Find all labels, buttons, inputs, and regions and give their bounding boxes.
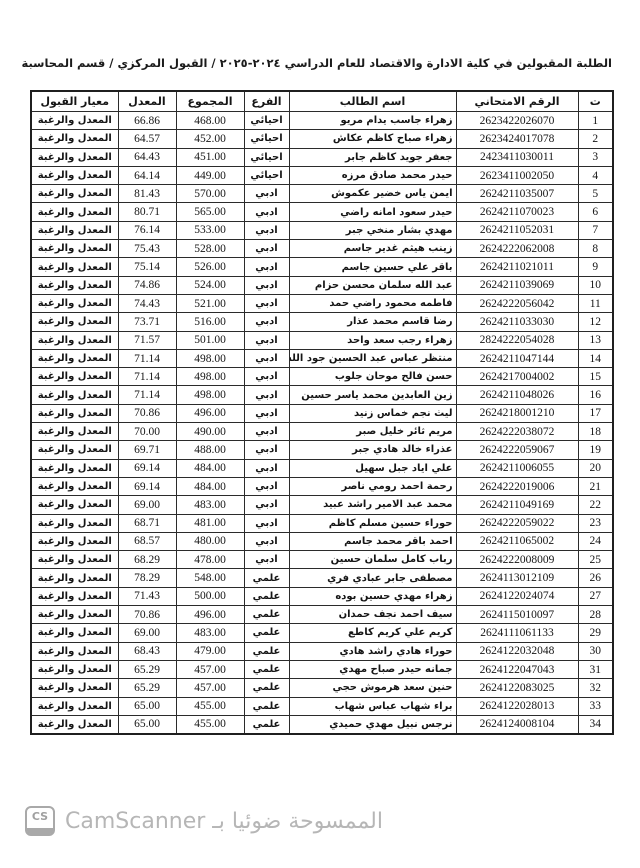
cell-average: 68.43	[118, 642, 176, 660]
cell-student-name: نرجس نبيل مهدي حميدي	[289, 715, 456, 734]
cell-total: 455.00	[176, 715, 244, 734]
header-branch: الفرع	[244, 91, 289, 112]
table-row: 9 2624211021011 باقر علي حسين جاسم ادبي …	[31, 258, 613, 276]
cell-average: 81.43	[118, 185, 176, 203]
cell-exam-number: 2423411030011	[456, 148, 578, 166]
table-row: 2 2623424017078 زهراء صباح كاظم عكاش احي…	[31, 130, 613, 148]
cell-index: 27	[578, 587, 613, 605]
table-body: 1 2623422026070 زهراء جاسب يدام مريو احي…	[31, 112, 613, 735]
cell-average: 74.86	[118, 276, 176, 294]
cell-total: 449.00	[176, 166, 244, 184]
table-row: 16 2624211048026 زين العابدين محمد ياسر …	[31, 386, 613, 404]
cell-exam-number: 2624218001210	[456, 404, 578, 422]
cell-average: 69.71	[118, 441, 176, 459]
cell-total: 533.00	[176, 221, 244, 239]
cell-exam-number: 2624113012109	[456, 569, 578, 587]
cell-student-name: عذراء خالد هادي جبر	[289, 441, 456, 459]
cell-branch: علمي	[244, 679, 289, 697]
cell-student-name: سيف احمد نجف حمدان	[289, 606, 456, 624]
cell-branch: احيائي	[244, 112, 289, 130]
cell-criterion: المعدل والرغبة	[31, 276, 118, 294]
cell-student-name: زهراء جاسب يدام مريو	[289, 112, 456, 130]
cell-criterion: المعدل والرغبة	[31, 587, 118, 605]
cell-average: 71.57	[118, 331, 176, 349]
table-row: 33 2624122028013 براء شهاب عباس شهاب علم…	[31, 697, 613, 715]
cell-branch: ادبي	[244, 203, 289, 221]
cell-criterion: المعدل والرغبة	[31, 386, 118, 404]
cell-index: 14	[578, 349, 613, 367]
cell-average: 65.29	[118, 679, 176, 697]
table-row: 32 2624122083025 حنين سعد هرموش حجي علمي…	[31, 679, 613, 697]
header-student-name: اسم الطالب	[289, 91, 456, 112]
cell-average: 70.86	[118, 606, 176, 624]
table-row: 19 2624222059067 عذراء خالد هادي جبر ادب…	[31, 441, 613, 459]
cell-average: 71.14	[118, 386, 176, 404]
cell-exam-number: 2624122024074	[456, 587, 578, 605]
cell-branch: ادبي	[244, 496, 289, 514]
table-row: 5 2624211035007 ايمن ياس خضير عكموش ادبي…	[31, 185, 613, 203]
table-row: 34 2624124008104 نرجس نبيل مهدي حميدي عل…	[31, 715, 613, 734]
table-row: 10 2624211039069 عبد الله سلمان محسن حزا…	[31, 276, 613, 294]
table-row: 27 2624122024074 زهراء مهدي حسين بوده عل…	[31, 587, 613, 605]
cell-index: 4	[578, 166, 613, 184]
cell-average: 70.86	[118, 404, 176, 422]
table-row: 6 2624211070023 حيدر سعود امانه راضي ادب…	[31, 203, 613, 221]
cell-criterion: المعدل والرغبة	[31, 368, 118, 386]
cell-index: 3	[578, 148, 613, 166]
cell-total: 548.00	[176, 569, 244, 587]
admitted-students-table: ت الرقم الامتحاني اسم الطالب الفرع المجم…	[30, 90, 614, 735]
cell-average: 64.14	[118, 166, 176, 184]
cell-average: 64.43	[118, 148, 176, 166]
cell-index: 23	[578, 514, 613, 532]
cell-total: 468.00	[176, 112, 244, 130]
cell-index: 31	[578, 660, 613, 678]
cell-student-name: حيدر سعود امانه راضي	[289, 203, 456, 221]
cell-exam-number: 2624122028013	[456, 697, 578, 715]
cell-exam-number: 2624211047144	[456, 349, 578, 367]
cell-student-name: جعفر جويد كاظم جابر	[289, 148, 456, 166]
cell-average: 80.71	[118, 203, 176, 221]
cell-criterion: المعدل والرغبة	[31, 532, 118, 550]
cell-branch: ادبي	[244, 386, 289, 404]
table-row: 28 2624115010097 سيف احمد نجف حمدان علمي…	[31, 606, 613, 624]
cell-branch: احيائي	[244, 148, 289, 166]
cell-criterion: المعدل والرغبة	[31, 130, 118, 148]
cell-branch: علمي	[244, 715, 289, 734]
cell-student-name: زين العابدين محمد ياسر حسين	[289, 386, 456, 404]
cell-criterion: المعدل والرغبة	[31, 697, 118, 715]
cell-index: 29	[578, 624, 613, 642]
cell-index: 33	[578, 697, 613, 715]
table-row: 13 2824222054028 زهراء رجب سعد واحد ادبي…	[31, 331, 613, 349]
cell-exam-number: 2624211048026	[456, 386, 578, 404]
cell-index: 9	[578, 258, 613, 276]
header-index: ت	[578, 91, 613, 112]
table-row: 12 2624211033030 رضا قاسم محمد عذار ادبي…	[31, 313, 613, 331]
cell-criterion: المعدل والرغبة	[31, 715, 118, 734]
cell-branch: ادبي	[244, 294, 289, 312]
cell-total: 565.00	[176, 203, 244, 221]
cell-branch: علمي	[244, 660, 289, 678]
cell-branch: ادبي	[244, 441, 289, 459]
cell-student-name: مصطفى جابر عبادي فري	[289, 569, 456, 587]
cell-student-name: ليث نجم خماس زنيد	[289, 404, 456, 422]
cell-branch: ادبي	[244, 258, 289, 276]
cell-criterion: المعدل والرغبة	[31, 313, 118, 331]
table-row: 22 2624211049169 محمد عبد الامير راشد عب…	[31, 496, 613, 514]
cell-criterion: المعدل والرغبة	[31, 349, 118, 367]
cell-student-name: مهدي بشار منخي جبر	[289, 221, 456, 239]
cell-average: 70.00	[118, 423, 176, 441]
scanned-document-page: الطلبة المقبولين في كلية الادارة والاقتص…	[0, 0, 640, 868]
logo-bottom-bar	[27, 828, 53, 834]
cell-exam-number: 2624111061133	[456, 624, 578, 642]
cell-index: 34	[578, 715, 613, 734]
cell-total: 451.00	[176, 148, 244, 166]
cell-branch: علمي	[244, 606, 289, 624]
cell-index: 19	[578, 441, 613, 459]
cell-index: 18	[578, 423, 613, 441]
cell-student-name: براء شهاب عباس شهاب	[289, 697, 456, 715]
table-row: 3 2423411030011 جعفر جويد كاظم جابر احيا…	[31, 148, 613, 166]
cell-criterion: المعدل والرغبة	[31, 606, 118, 624]
header-exam-number: الرقم الامتحاني	[456, 91, 578, 112]
cell-total: 479.00	[176, 642, 244, 660]
cell-exam-number: 2624222062008	[456, 240, 578, 258]
cell-exam-number: 2624211065002	[456, 532, 578, 550]
cell-branch: علمي	[244, 697, 289, 715]
table-row: 31 2624122047043 جمانه حيدر صباح مهدي عل…	[31, 660, 613, 678]
cell-index: 6	[578, 203, 613, 221]
cell-average: 73.71	[118, 313, 176, 331]
cell-average: 68.29	[118, 551, 176, 569]
document-title: الطلبة المقبولين في كلية الادارة والاقتص…	[30, 56, 612, 70]
cell-index: 32	[578, 679, 613, 697]
table-row: 11 2624222056042 فاطمه محمود راضي حمد اد…	[31, 294, 613, 312]
cell-branch: علمي	[244, 569, 289, 587]
cell-exam-number: 2624222056042	[456, 294, 578, 312]
cell-branch: ادبي	[244, 551, 289, 569]
cell-total: 480.00	[176, 532, 244, 550]
cell-total: 521.00	[176, 294, 244, 312]
cell-student-name: علي اياد جبل سهيل	[289, 459, 456, 477]
cell-criterion: المعدل والرغبة	[31, 679, 118, 697]
cell-exam-number: 2624222059067	[456, 441, 578, 459]
cell-index: 24	[578, 532, 613, 550]
cell-student-name: زهراء صباح كاظم عكاش	[289, 130, 456, 148]
cell-average: 65.00	[118, 697, 176, 715]
cell-total: 488.00	[176, 441, 244, 459]
cell-student-name: زينب هيثم غدير جاسم	[289, 240, 456, 258]
cell-student-name: حيدر محمد صادق مرزه	[289, 166, 456, 184]
cell-average: 65.29	[118, 660, 176, 678]
cell-criterion: المعدل والرغبة	[31, 166, 118, 184]
cell-branch: احيائي	[244, 130, 289, 148]
cell-total: 498.00	[176, 349, 244, 367]
cell-exam-number: 2824222054028	[456, 331, 578, 349]
cell-branch: ادبي	[244, 240, 289, 258]
cell-average: 65.00	[118, 715, 176, 734]
cell-student-name: احمد باقر محمد جاسم	[289, 532, 456, 550]
cell-average: 68.57	[118, 532, 176, 550]
cell-exam-number: 2624115010097	[456, 606, 578, 624]
cell-average: 78.29	[118, 569, 176, 587]
cell-total: 501.00	[176, 331, 244, 349]
cell-average: 64.57	[118, 130, 176, 148]
cell-index: 26	[578, 569, 613, 587]
cell-student-name: فاطمه محمود راضي حمد	[289, 294, 456, 312]
table-row: 7 2624211052031 مهدي بشار منخي جبر ادبي …	[31, 221, 613, 239]
cell-average: 76.14	[118, 221, 176, 239]
cell-student-name: حوراء حسين مسلم كاظم	[289, 514, 456, 532]
cell-total: 498.00	[176, 368, 244, 386]
cell-criterion: المعدل والرغبة	[31, 441, 118, 459]
cell-criterion: المعدل والرغبة	[31, 240, 118, 258]
cell-average: 69.14	[118, 459, 176, 477]
cell-branch: ادبي	[244, 276, 289, 294]
cell-criterion: المعدل والرغبة	[31, 185, 118, 203]
cell-index: 8	[578, 240, 613, 258]
cell-exam-number: 2624124008104	[456, 715, 578, 734]
cell-branch: ادبي	[244, 459, 289, 477]
cell-index: 22	[578, 496, 613, 514]
cell-student-name: منتظر عباس عبد الحسين جود الله	[289, 349, 456, 367]
camscanner-logo-text: CS	[32, 810, 48, 823]
cell-index: 10	[578, 276, 613, 294]
cell-student-name: رباب كامل سلمان حسين	[289, 551, 456, 569]
cell-average: 68.71	[118, 514, 176, 532]
cell-student-name: كريم علي كريم كاطع	[289, 624, 456, 642]
table-row: 14 2624211047144 منتظر عباس عبد الحسين ج…	[31, 349, 613, 367]
cell-index: 2	[578, 130, 613, 148]
cell-index: 7	[578, 221, 613, 239]
cell-student-name: حنين سعد هرموش حجي	[289, 679, 456, 697]
cell-index: 25	[578, 551, 613, 569]
cell-total: 478.00	[176, 551, 244, 569]
cell-average: 69.00	[118, 624, 176, 642]
table-row: 8 2624222062008 زينب هيثم غدير جاسم ادبي…	[31, 240, 613, 258]
cell-exam-number: 2624222008009	[456, 551, 578, 569]
cell-index: 1	[578, 112, 613, 130]
cell-student-name: حسن فالح موحان جلوب	[289, 368, 456, 386]
cell-total: 452.00	[176, 130, 244, 148]
cell-criterion: المعدل والرغبة	[31, 331, 118, 349]
cell-criterion: المعدل والرغبة	[31, 404, 118, 422]
cell-branch: علمي	[244, 587, 289, 605]
table-row: 30 2624122032048 حوراء هادي راشد هادي عل…	[31, 642, 613, 660]
cell-student-name: باقر علي حسين جاسم	[289, 258, 456, 276]
cell-branch: احيائي	[244, 166, 289, 184]
cell-average: 69.14	[118, 477, 176, 495]
cell-branch: ادبي	[244, 404, 289, 422]
cell-exam-number: 2623424017078	[456, 130, 578, 148]
cell-total: 496.00	[176, 404, 244, 422]
cell-criterion: المعدل والرغبة	[31, 423, 118, 441]
cell-total: 498.00	[176, 386, 244, 404]
cell-total: 483.00	[176, 496, 244, 514]
cell-index: 30	[578, 642, 613, 660]
table-row: 15 2624217004002 حسن فالح موحان جلوب ادب…	[31, 368, 613, 386]
cell-criterion: المعدل والرغبة	[31, 496, 118, 514]
cell-exam-number: 2623422026070	[456, 112, 578, 130]
cell-branch: ادبي	[244, 423, 289, 441]
cell-branch: ادبي	[244, 313, 289, 331]
cell-exam-number: 2624122032048	[456, 642, 578, 660]
cell-total: 457.00	[176, 679, 244, 697]
cell-average: 71.43	[118, 587, 176, 605]
cell-total: 481.00	[176, 514, 244, 532]
cell-total: 457.00	[176, 660, 244, 678]
cell-index: 5	[578, 185, 613, 203]
cell-average: 69.00	[118, 496, 176, 514]
cell-exam-number: 2624211021011	[456, 258, 578, 276]
header-average: المعدل	[118, 91, 176, 112]
cell-branch: علمي	[244, 624, 289, 642]
cell-average: 75.14	[118, 258, 176, 276]
cell-total: 496.00	[176, 606, 244, 624]
cell-total: 528.00	[176, 240, 244, 258]
cell-student-name: ايمن ياس خضير عكموش	[289, 185, 456, 203]
cell-branch: ادبي	[244, 185, 289, 203]
cell-student-name: مريم ثائر خليل صبر	[289, 423, 456, 441]
cell-index: 16	[578, 386, 613, 404]
cell-index: 12	[578, 313, 613, 331]
header-total: المجموع	[176, 91, 244, 112]
cell-total: 455.00	[176, 697, 244, 715]
cell-total: 524.00	[176, 276, 244, 294]
cell-criterion: المعدل والرغبة	[31, 221, 118, 239]
cell-exam-number: 2624211070023	[456, 203, 578, 221]
cell-criterion: المعدل والرغبة	[31, 551, 118, 569]
cell-exam-number: 2624211006055	[456, 459, 578, 477]
cell-exam-number: 2624211033030	[456, 313, 578, 331]
cell-student-name: رحمة احمد رومي ناصر	[289, 477, 456, 495]
table-row: 17 2624218001210 ليث نجم خماس زنيد ادبي …	[31, 404, 613, 422]
table-row: 1 2623422026070 زهراء جاسب يدام مريو احي…	[31, 112, 613, 130]
cell-exam-number: 2624122047043	[456, 660, 578, 678]
cell-criterion: المعدل والرغبة	[31, 477, 118, 495]
cell-total: 484.00	[176, 477, 244, 495]
cell-branch: ادبي	[244, 477, 289, 495]
cell-student-name: محمد عبد الامير راشد عبيد	[289, 496, 456, 514]
cell-index: 15	[578, 368, 613, 386]
cell-criterion: المعدل والرغبة	[31, 459, 118, 477]
cell-average: 66.86	[118, 112, 176, 130]
cell-index: 11	[578, 294, 613, 312]
cell-total: 500.00	[176, 587, 244, 605]
camscanner-logo-icon: CS	[25, 806, 55, 836]
cell-student-name: جمانه حيدر صباح مهدي	[289, 660, 456, 678]
cell-criterion: المعدل والرغبة	[31, 660, 118, 678]
cell-exam-number: 2624211035007	[456, 185, 578, 203]
cell-branch: ادبي	[244, 349, 289, 367]
camscanner-watermark: CS الممسوحة ضوئيا بـ CamScanner	[25, 806, 383, 836]
cell-index: 21	[578, 477, 613, 495]
cell-total: 490.00	[176, 423, 244, 441]
cell-criterion: المعدل والرغبة	[31, 514, 118, 532]
table-row: 29 2624111061133 كريم علي كريم كاطع علمي…	[31, 624, 613, 642]
table-row: 21 2624222019006 رحمة احمد رومي ناصر ادب…	[31, 477, 613, 495]
table-row: 18 2624222038072 مريم ثائر خليل صبر ادبي…	[31, 423, 613, 441]
cell-branch: علمي	[244, 642, 289, 660]
table-header-row: ت الرقم الامتحاني اسم الطالب الفرع المجم…	[31, 91, 613, 112]
cell-branch: ادبي	[244, 221, 289, 239]
table-row: 20 2624211006055 علي اياد جبل سهيل ادبي …	[31, 459, 613, 477]
cell-total: 483.00	[176, 624, 244, 642]
cell-criterion: المعدل والرغبة	[31, 258, 118, 276]
cell-branch: ادبي	[244, 514, 289, 532]
cell-criterion: المعدل والرغبة	[31, 294, 118, 312]
cell-student-name: رضا قاسم محمد عذار	[289, 313, 456, 331]
cell-criterion: المعدل والرغبة	[31, 203, 118, 221]
cell-total: 516.00	[176, 313, 244, 331]
cell-exam-number: 2623411002050	[456, 166, 578, 184]
cell-index: 13	[578, 331, 613, 349]
cell-total: 526.00	[176, 258, 244, 276]
cell-criterion: المعدل والرغبة	[31, 569, 118, 587]
cell-criterion: المعدل والرغبة	[31, 624, 118, 642]
table-row: 26 2624113012109 مصطفى جابر عبادي فري عل…	[31, 569, 613, 587]
cell-exam-number: 2624222038072	[456, 423, 578, 441]
cell-average: 71.14	[118, 368, 176, 386]
cell-student-name: زهراء رجب سعد واحد	[289, 331, 456, 349]
cell-branch: ادبي	[244, 532, 289, 550]
cell-average: 75.43	[118, 240, 176, 258]
cell-exam-number: 2624222059022	[456, 514, 578, 532]
cell-exam-number: 2624211052031	[456, 221, 578, 239]
cell-average: 71.14	[118, 349, 176, 367]
cell-student-name: زهراء مهدي حسين بوده	[289, 587, 456, 605]
table-row: 24 2624211065002 احمد باقر محمد جاسم ادب…	[31, 532, 613, 550]
cell-index: 28	[578, 606, 613, 624]
cell-exam-number: 2624217004002	[456, 368, 578, 386]
table-row: 23 2624222059022 حوراء حسين مسلم كاظم اد…	[31, 514, 613, 532]
cell-branch: ادبي	[244, 331, 289, 349]
cell-exam-number: 2624211039069	[456, 276, 578, 294]
header-criterion: معيار القبول	[31, 91, 118, 112]
cell-average: 74.43	[118, 294, 176, 312]
cell-exam-number: 2624211049169	[456, 496, 578, 514]
cell-student-name: عبد الله سلمان محسن حزام	[289, 276, 456, 294]
cell-index: 20	[578, 459, 613, 477]
cell-criterion: المعدل والرغبة	[31, 148, 118, 166]
cell-exam-number: 2624122083025	[456, 679, 578, 697]
cell-exam-number: 2624222019006	[456, 477, 578, 495]
table-row: 4 2623411002050 حيدر محمد صادق مرزه احيا…	[31, 166, 613, 184]
cell-index: 17	[578, 404, 613, 422]
cell-criterion: المعدل والرغبة	[31, 112, 118, 130]
cell-total: 484.00	[176, 459, 244, 477]
cell-criterion: المعدل والرغبة	[31, 642, 118, 660]
table-row: 25 2624222008009 رباب كامل سلمان حسين اد…	[31, 551, 613, 569]
cell-student-name: حوراء هادي راشد هادي	[289, 642, 456, 660]
cell-branch: ادبي	[244, 368, 289, 386]
cell-total: 570.00	[176, 185, 244, 203]
watermark-text: الممسوحة ضوئيا بـ CamScanner	[65, 809, 383, 834]
